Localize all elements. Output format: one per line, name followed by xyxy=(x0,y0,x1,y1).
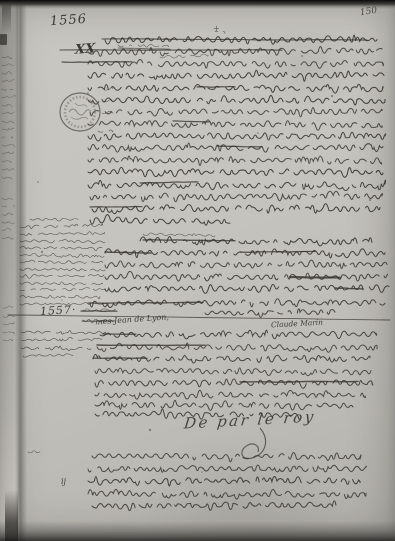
handwriting-ink-layer xyxy=(0,0,395,541)
round-library-stamp-icon xyxy=(53,88,107,138)
insertion-mark: + xyxy=(213,24,220,33)
margin-numeral-xx: XX xyxy=(75,41,96,57)
scan-edge-top xyxy=(0,0,395,9)
bottom-margin-mark: ij xyxy=(61,477,66,486)
signature-flourish-icon xyxy=(228,426,292,470)
scan-edge-bottom xyxy=(0,521,395,541)
year-heading-1557: 1557· xyxy=(40,303,77,318)
manuscript-scan-page: 1556 150 XX + 1557· mes Jean de Lyon, Cl… xyxy=(0,0,395,541)
year-heading-1556: 1556 xyxy=(50,12,88,30)
